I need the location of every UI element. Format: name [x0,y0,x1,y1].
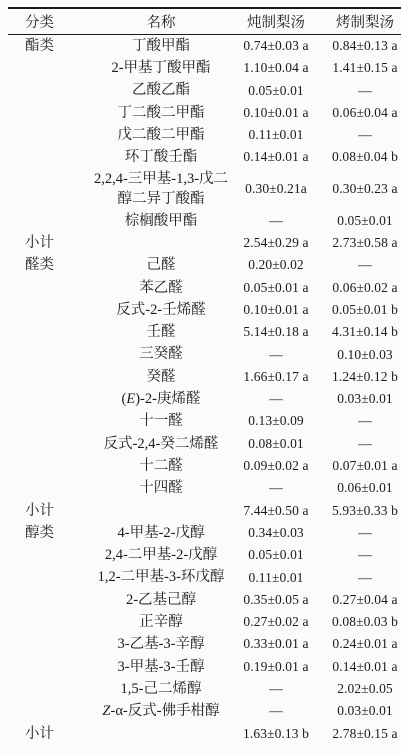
category-cell [8,57,87,79]
column-header-category: 分类 [8,8,87,35]
table-row: 戊二酸二甲酯0.11±0.01— [8,124,401,146]
stewed-value-cell: 0.30±0.21a [235,169,317,210]
category-cell [8,321,87,343]
compound-name-cell: 反式-2-壬烯醛 [87,299,235,321]
compound-name-cell: 2,4-二甲基-2-戊醇 [87,544,235,566]
compound-name-cell: 2-甲基丁酸甲酯 [87,57,235,79]
stewed-value-cell: — [235,388,317,410]
table-row: 反式-2-壬烯醛0.10±0.01 a0.05±0.01 b [8,299,401,321]
category-cell [8,210,87,232]
compound-name-part: )-2-庚烯醛 [135,391,200,407]
category-cell [8,544,87,566]
category-cell [8,388,87,410]
volatile-compounds-table: 分类 名称 炖制梨汤 烤制梨汤 酯类丁酸甲酯0.74±0.03 a0.84±0.… [8,7,401,745]
roasted-value-cell: 0.06±0.02 a [317,277,401,299]
roasted-subtotal-cell: 2.73±0.58 a [317,232,401,254]
compound-name-cell: 棕榈酸甲酯 [87,210,235,232]
table-row: 酯类丁酸甲酯0.74±0.03 a0.84±0.13 a [8,35,401,58]
roasted-value-cell: 0.06±0.04 a [317,102,401,124]
subtotal-label-cell: 小计 [8,232,87,254]
roasted-value-cell: 0.84±0.13 a [317,35,401,58]
roasted-value-cell: — [317,522,401,544]
stewed-value-cell: 0.33±0.01 a [235,633,317,655]
subtotal-row: 小计2.54±0.29 a2.73±0.58 a [8,232,401,254]
roasted-value-cell: 0.05±0.01 b [317,299,401,321]
category-cell [8,567,87,589]
compound-name-cell: 己醛 [87,254,235,276]
stewed-subtotal-cell: 1.63±0.13 b [235,723,317,745]
category-cell [8,410,87,432]
subtotal-row: 小计7.44±0.50 a5.93±0.33 b [8,500,401,522]
category-cell: 酯类 [8,35,87,58]
compound-name-cell: 乙酸乙酯 [87,80,235,102]
subtotal-label-cell: 小计 [8,500,87,522]
table-row: 2-甲基丁酸甲酯1.10±0.04 a1.41±0.15 a [8,57,401,79]
roasted-value-cell: — [317,254,401,276]
category-cell [8,299,87,321]
compound-name-cell: 反式-2,4-癸二烯醛 [87,433,235,455]
compound-name-cell: 三癸醛 [87,344,235,366]
stewed-value-cell: — [235,477,317,499]
table-row: 十二醛0.09±0.02 a0.07±0.01 a [8,455,401,477]
stewed-subtotal-cell: 7.44±0.50 a [235,500,317,522]
table-row: 苯乙醛0.05±0.01 a0.06±0.02 a [8,277,401,299]
table-row: 1,5-己二烯醇—2.02±0.05 [8,678,401,700]
compound-name-cell: 丁酸甲酯 [87,35,235,58]
compound-name-cell [87,723,235,745]
category-cell [8,124,87,146]
roasted-value-cell: 1.41±0.15 a [317,57,401,79]
compound-name-cell: 环丁酸壬酯 [87,146,235,168]
compound-name-part: -α-反式-佛手柑醇 [110,703,219,719]
table-row: 3-乙基-3-辛醇0.33±0.01 a0.24±0.01 a [8,633,401,655]
roasted-value-cell: 0.03±0.01 [317,388,401,410]
category-cell [8,589,87,611]
compound-name-cell: 十二醛 [87,455,235,477]
stewed-value-cell: 0.09±0.02 a [235,455,317,477]
column-header-name: 名称 [87,8,235,35]
compound-name-cell: 正辛醇 [87,611,235,633]
stewed-value-cell: 0.34±0.03 [235,522,317,544]
table-row: 反式-2,4-癸二烯醛0.08±0.01— [8,433,401,455]
stewed-value-cell: 0.19±0.01 a [235,656,317,678]
roasted-value-cell: 0.30±0.23 a [317,169,401,210]
table-row: (E)-2-庚烯醛—0.03±0.01 [8,388,401,410]
stewed-value-cell: 0.74±0.03 a [235,35,317,58]
roasted-value-cell: 0.14±0.01 a [317,656,401,678]
compound-name-cell: 1,5-己二烯醇 [87,678,235,700]
table-row: 壬醛5.14±0.18 a4.31±0.14 b [8,321,401,343]
roasted-value-cell: 0.05±0.01 [317,210,401,232]
category-cell [8,146,87,168]
table-row: 环丁酸壬酯0.14±0.01 a0.08±0.04 b [8,146,401,168]
stewed-value-cell: 0.05±0.01 a [235,277,317,299]
roasted-value-cell: — [317,544,401,566]
roasted-value-cell: 0.08±0.04 b [317,146,401,168]
table-row: 三癸醛—0.10±0.03 [8,344,401,366]
compound-name-cell: 壬醛 [87,321,235,343]
stewed-value-cell: 0.11±0.01 [235,124,317,146]
category-cell [8,611,87,633]
category-cell [8,678,87,700]
roasted-value-cell: 0.06±0.01 [317,477,401,499]
stewed-value-cell: 0.27±0.02 a [235,611,317,633]
category-cell [8,366,87,388]
compound-name-cell: 十四醛 [87,477,235,499]
table-row: 十一醛0.13±0.09— [8,410,401,432]
category-cell [8,344,87,366]
category-cell: 醛类 [8,254,87,276]
table-row: 癸醛1.66±0.17 a1.24±0.12 b [8,366,401,388]
stewed-value-cell: 0.35±0.05 a [235,589,317,611]
stewed-value-cell: 0.11±0.01 [235,567,317,589]
stewed-value-cell: 0.20±0.02 [235,254,317,276]
stewed-value-cell: 0.05±0.01 [235,544,317,566]
compound-name-cell: 4-甲基-2-戊醇 [87,522,235,544]
stewed-value-cell: — [235,210,317,232]
roasted-value-cell: 2.02±0.05 [317,678,401,700]
category-cell [8,277,87,299]
roasted-value-cell: 0.08±0.03 b [317,611,401,633]
roasted-value-cell: 0.03±0.01 [317,700,401,722]
stewed-value-cell: — [235,344,317,366]
roasted-value-cell: 0.24±0.01 a [317,633,401,655]
paper-table-page: 分类 名称 炖制梨汤 烤制梨汤 酯类丁酸甲酯0.74±0.03 a0.84±0.… [0,0,401,755]
table-row: 丁二酸二甲酯0.10±0.01 a0.06±0.04 a [8,102,401,124]
category-cell [8,433,87,455]
category-cell: 醇类 [8,522,87,544]
stewed-value-cell: 0.10±0.01 a [235,102,317,124]
stewed-value-cell: 1.10±0.04 a [235,57,317,79]
compound-name-part: E [126,391,135,407]
compound-name-cell: 3-乙基-3-辛醇 [87,633,235,655]
table-row: 2,4-二甲基-2-戊醇0.05±0.01— [8,544,401,566]
header-row: 分类 名称 炖制梨汤 烤制梨汤 [8,8,401,35]
roasted-value-cell: 0.07±0.01 a [317,455,401,477]
table-header: 分类 名称 炖制梨汤 烤制梨汤 [8,8,401,35]
stewed-value-cell: 5.14±0.18 a [235,321,317,343]
compound-name-cell: 3-甲基-3-壬醇 [87,656,235,678]
table-row: 1,2-二甲基-3-环戊醇0.11±0.01— [8,567,401,589]
table-body: 酯类丁酸甲酯0.74±0.03 a0.84±0.13 a2-甲基丁酸甲酯1.10… [8,35,401,745]
stewed-value-cell: 0.08±0.01 [235,433,317,455]
table-row: 乙酸乙酯0.05±0.01— [8,80,401,102]
column-header-roasted-pear-soup: 烤制梨汤 [317,8,401,35]
subtotal-label-cell: 小计 [8,723,87,745]
roasted-value-cell: — [317,80,401,102]
table-row: 3-甲基-3-壬醇0.19±0.01 a0.14±0.01 a [8,656,401,678]
category-cell [8,700,87,722]
stewed-value-cell: 0.13±0.09 [235,410,317,432]
category-cell [8,80,87,102]
roasted-value-cell: — [317,124,401,146]
table-row: 正辛醇0.27±0.02 a0.08±0.03 b [8,611,401,633]
compound-name-cell: 癸醛 [87,366,235,388]
compound-name-cell: 2-乙基己醇 [87,589,235,611]
table-row: 醇类4-甲基-2-戊醇0.34±0.03— [8,522,401,544]
column-header-stewed-pear-soup: 炖制梨汤 [235,8,317,35]
stewed-subtotal-cell: 2.54±0.29 a [235,232,317,254]
compound-name-cell: 1,2-二甲基-3-环戊醇 [87,567,235,589]
roasted-subtotal-cell: 5.93±0.33 b [317,500,401,522]
roasted-value-cell: — [317,410,401,432]
compound-name-cell: (E)-2-庚烯醛 [87,388,235,410]
table-row: 2-乙基己醇0.35±0.05 a0.27±0.04 a [8,589,401,611]
roasted-value-cell: 1.24±0.12 b [317,366,401,388]
subtotal-row: 小计1.63±0.13 b2.78±0.15 a [8,723,401,745]
roasted-value-cell: 0.10±0.03 [317,344,401,366]
table-row: 2,2,4-三甲基-1,3-戊二醇二异丁酸酯0.30±0.21a0.30±0.2… [8,169,401,210]
category-cell [8,169,87,210]
roasted-subtotal-cell: 2.78±0.15 a [317,723,401,745]
stewed-value-cell: 0.10±0.01 a [235,299,317,321]
compound-name-cell: 戊二酸二甲酯 [87,124,235,146]
stewed-value-cell: — [235,700,317,722]
compound-name-cell [87,232,235,254]
compound-name-cell: 2,2,4-三甲基-1,3-戊二醇二异丁酸酯 [87,169,235,210]
compound-name-cell [87,500,235,522]
table-row: 醛类己醛0.20±0.02— [8,254,401,276]
category-cell [8,477,87,499]
stewed-value-cell: 0.14±0.01 a [235,146,317,168]
compound-name-cell: Z-α-反式-佛手柑醇 [87,700,235,722]
compound-name-cell: 丁二酸二甲酯 [87,102,235,124]
table-row: Z-α-反式-佛手柑醇—0.03±0.01 [8,700,401,722]
table-row: 棕榈酸甲酯—0.05±0.01 [8,210,401,232]
category-cell [8,455,87,477]
roasted-value-cell: — [317,567,401,589]
category-cell [8,633,87,655]
roasted-value-cell: 0.27±0.04 a [317,589,401,611]
compound-name-cell: 十一醛 [87,410,235,432]
roasted-value-cell: 4.31±0.14 b [317,321,401,343]
stewed-value-cell: 0.05±0.01 [235,80,317,102]
stewed-value-cell: — [235,678,317,700]
compound-name-cell: 苯乙醛 [87,277,235,299]
category-cell [8,656,87,678]
category-cell [8,102,87,124]
roasted-value-cell: — [317,433,401,455]
stewed-value-cell: 1.66±0.17 a [235,366,317,388]
table-row: 十四醛—0.06±0.01 [8,477,401,499]
